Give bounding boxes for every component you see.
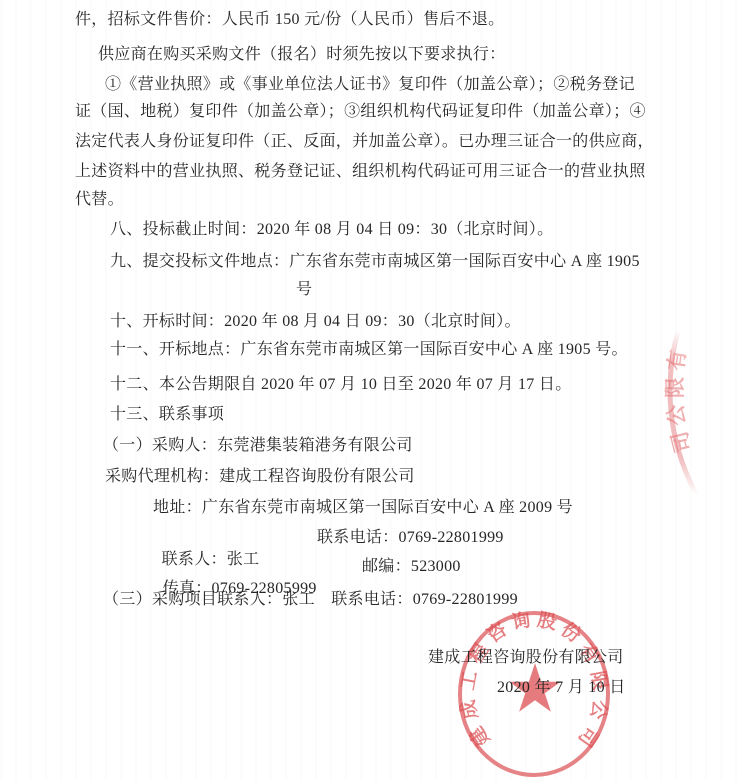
doc-line-project-contact: （三）采购项目联系人：张工 联系电话：0769-22801999: [103, 589, 518, 611]
doc-line-submit-place-2: 号: [296, 279, 312, 301]
doc-line-cert-1: ①《营业执照》或《事业单位法人证书》复印件（加盖公章）；②税务登记: [105, 74, 635, 96]
doc-line-agency-address: 地址：广东省东莞市南城区第一国际百安中心 A 座 2009 号: [153, 497, 573, 519]
signature-date: 2020 年 7 月 10 日: [497, 677, 626, 699]
doc-line-cert-3: 法定代表人身份证复印件（正、反面，并加盖公章）。已办理三证合一的供应商，: [75, 131, 654, 153]
doc-line-open-time: 十、开标时间：2020 年 08 月 04 日 09：30（北京时间）。: [110, 311, 521, 333]
doc-line-cert-4: 上述资料中的营业执照、税务登记证、组织机构代码证可用三证合一的营业执照: [75, 161, 646, 183]
doc-line-purchaser: （一）采购人：东莞港集装箱港务有限公司: [103, 435, 413, 457]
seal-arc-text: 有限公司: [663, 348, 696, 455]
seal-arc-char: 有: [664, 348, 691, 372]
seal-arc-char: 成: [456, 698, 483, 721]
doc-line-submit-place-1: 九、提交投标文件地点：广东省东莞市南城区第一国际百安中心 A 座 1905: [110, 251, 640, 273]
seal-arc-char: 股: [536, 609, 560, 635]
signature-company: 建成工程咨询股份有限公司: [428, 647, 624, 669]
seal-ring: [670, 330, 741, 500]
doc-line-cert-5: 代替。: [75, 189, 124, 211]
contact-phone-label: 联系电话：0769-22801999: [317, 527, 504, 549]
partial-seal: 有限公司: [650, 330, 741, 500]
seal-arc-char: 司: [574, 722, 603, 750]
doc-line-open-place: 十一、开标地点：广东省东莞市南城区第一国际百安中心 A 座 1905 号。: [110, 339, 628, 361]
seal-arc-char: 咨: [482, 617, 511, 647]
postcode-label: 邮编：523000: [362, 556, 461, 578]
doc-line-cert-2: 证（国、地税）复印件（加盖公章）；③组织机构代码证复印件（加盖公章）；④: [75, 101, 646, 123]
seal-arc-char: 公: [663, 403, 689, 427]
doc-line-agency: 采购代理机构：建成工程咨询股份有限公司: [105, 466, 415, 488]
doc-line-contact-heading: 十三、联系事项: [110, 404, 224, 426]
seal-arc-char: 公: [586, 698, 612, 722]
seal-arc-char: 工: [458, 669, 482, 692]
seal-arc-char: 限: [663, 377, 687, 398]
doc-line-supplier-req: 供应商在购买采购文件（报名）时须先按以下要求执行：: [98, 44, 506, 66]
seal-arc-char: 建: [465, 722, 495, 751]
doc-line-price: 件，招标文件售价：人民币 150 元/份（人民币）售后不退。: [75, 9, 504, 31]
seal-arc-char: 份: [557, 617, 586, 647]
doc-line-bid-deadline: 八、投标截止时间：2020 年 08 月 04 日 09：30（北京时间）。: [110, 219, 553, 241]
doc-line-notice-period: 十二、本公告期限自 2020 年 07 月 10 日至 2020 年 07 月 …: [110, 374, 572, 396]
seal-arc-char: 司: [667, 429, 695, 455]
seal-arc-char: 询: [510, 609, 533, 634]
